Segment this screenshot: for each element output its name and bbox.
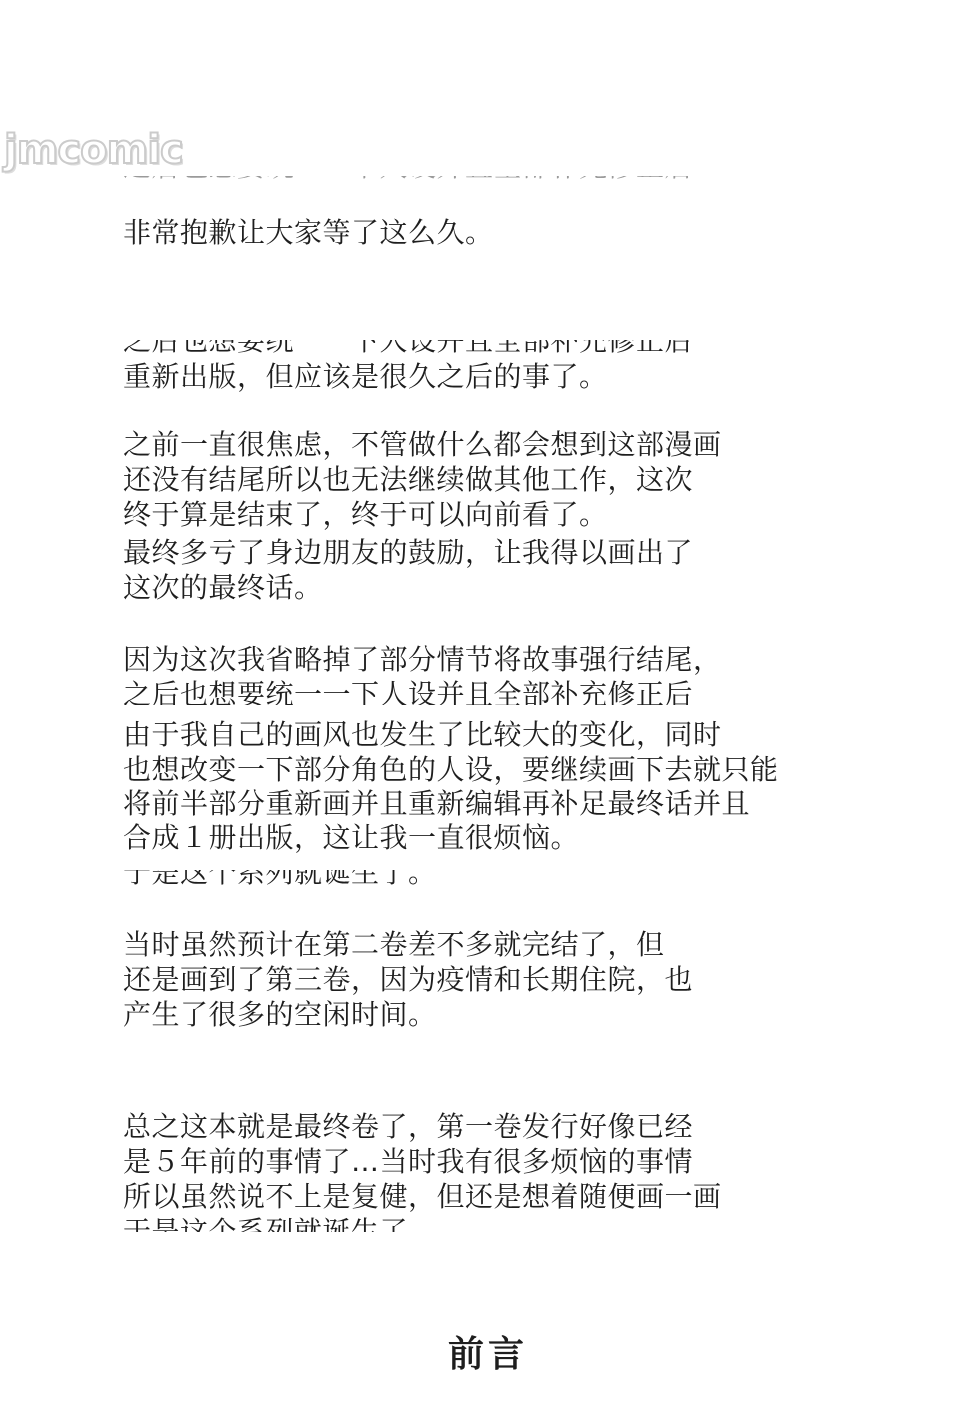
paragraph-line: 重新出版，但应该是很久之后的事了。 [123,360,608,394]
clipped-text-fragment: 于是这个系列就诞生了。 [123,870,823,890]
paragraph-line: 也想改变一下部分角色的人设，要继续画下去就只能 [123,753,779,787]
paragraph-line: 将前半部分重新画并且重新编辑再补足最终话并且 [123,787,750,821]
paragraph-line: 因为这次我省略掉了部分情节将故事强行结尾， [123,643,722,677]
paragraph-line: 终于算是结束了，终于可以向前看了。 [123,498,608,532]
clipped-text-fragment: 于是这个系列就诞生了。 [123,1215,823,1232]
jmcomic-watermark-logo: jmcomic [4,128,183,172]
paragraph-line: 由于我自己的画风也发生了比较大的变化，同时 [123,718,722,752]
clipped-text-fragment: 之后也想要统一一下人设并且全部补充修正后 [123,678,823,705]
paragraph-line: 这次的最终话。 [123,571,323,605]
paragraph-line: 最终多亏了身边朋友的鼓励，让我得以画出了 [123,536,693,570]
paragraph-line: 总之这本就是最终卷了，第一卷发行好像已经 [123,1110,693,1144]
paragraph-line: 还没有结尾所以也无法继续做其他工作，这次 [123,463,693,497]
clipped-text-fragment: 之后也想要统一一下人设并且全部补充修正后 [123,176,823,184]
paragraph-line: 当时虽然预计在第二卷差不多就完结了，但 [123,928,665,962]
paragraph-line: 产生了很多的空闲时间。 [123,998,437,1032]
paragraph-line: 是５年前的事情了…当时我有很多烦恼的事情 [123,1145,693,1179]
paragraph-line: 非常抱歉让大家等了这么久。 [123,216,494,250]
paragraph-line: 还是画到了第三卷，因为疫情和长期住院，也 [123,963,693,997]
document-page: jmcomic 之后也想要统一一下人设并且全部补充修正后 非常抱歉让大家等了这么… [0,0,960,1415]
paragraph-line: 之前一直很焦虑，不管做什么都会想到这部漫画 [123,428,722,462]
page-title: 前言 [0,1334,960,1376]
paragraph-line: 所以虽然说不上是复健，但还是想着随便画一画 [123,1180,722,1214]
paragraph-line: 合成１册出版，这让我一直很烦恼。 [123,821,579,855]
clipped-text-fragment: 之后也想要统一一下人设并且全部补充修正后 [123,340,823,358]
